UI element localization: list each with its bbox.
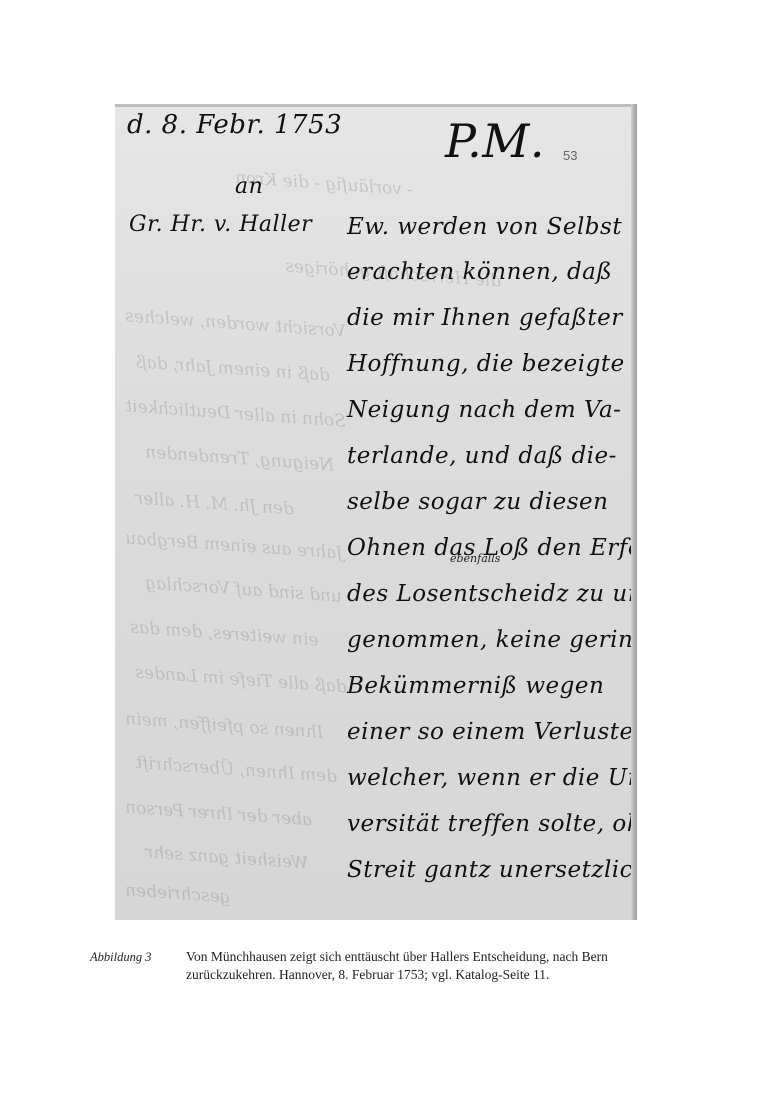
manuscript-scan: - vorläufig - die Kron die Herrschaft ge…	[115, 104, 637, 920]
bleed-through-line: Vorsicht worden, welches	[125, 306, 347, 341]
bleed-through-line: ein weiteres, dem das	[130, 617, 320, 650]
bleed-through-line: daß in einem Jahr, daß	[135, 352, 331, 386]
letter-line: versität treffen solte, ohne	[347, 811, 637, 837]
letter-salutation: P.M.	[445, 114, 545, 168]
caption-text: Von Münchhausen zeigt sich enttäuscht üb…	[186, 948, 686, 984]
letter-line: Neigung nach dem Va-	[347, 397, 621, 423]
letter-line: erachten können, daß	[347, 259, 612, 285]
letter-line: Bekümmerniß wegen	[347, 673, 604, 699]
letter-addressee: Gr. Hr. v. Haller	[129, 212, 312, 237]
letter-line: genommen, keine geringe	[347, 627, 637, 653]
bleed-through-line: Jahre aus einem Bergbau	[125, 528, 344, 563]
letter-line: einer so einem Verlustes,	[347, 719, 637, 745]
letter-line: Ew. werden von Selbst	[347, 214, 622, 240]
letter-line: welcher, wenn er die Uni-	[347, 765, 637, 791]
letter-line: Hoffnung, die bezeigte	[347, 351, 625, 377]
folio-number: 53	[563, 148, 577, 163]
bleed-through-line: Sohn in aller Deutlichkeit	[125, 396, 347, 431]
bleed-through-line: dem Ihnen, Überschrift	[135, 753, 338, 787]
letter-line: die mir Ihnen gefaßter	[347, 305, 623, 331]
bleed-through-line: und sind auf Vorschlag	[145, 573, 343, 607]
bleed-through-line: daß alle Tiefe im Landes	[135, 663, 348, 698]
interlinear-insertion: ebenfalls	[450, 552, 500, 565]
letter-line: Streit gantz unersetzlich wäre	[347, 857, 637, 883]
letter-date: d. 8. Febr. 1753	[127, 110, 342, 140]
letter-line: des Losentscheidz zu unterwerfen	[347, 581, 637, 607]
bleed-through-line: Weisheit ganz sehr	[145, 842, 309, 873]
figure-label: Abbildung 3	[90, 948, 151, 966]
bleed-through-line: geschrieben	[124, 880, 231, 907]
bleed-through-line: Ihnen so pfeiffen, mein	[125, 709, 324, 743]
bleed-through-line: den Jh. M. H. aller	[134, 488, 294, 519]
letter-recipient-prefix: an	[235, 174, 263, 199]
letter-line: terlande, und daß die-	[347, 443, 617, 469]
letter-line: selbe sogar zu diesen	[347, 489, 608, 515]
bleed-through-line: Neigung, Trendenden	[145, 442, 335, 475]
bleed-through-line: aber der Ihrer Person	[125, 797, 313, 830]
scan-top-edge	[115, 104, 637, 107]
